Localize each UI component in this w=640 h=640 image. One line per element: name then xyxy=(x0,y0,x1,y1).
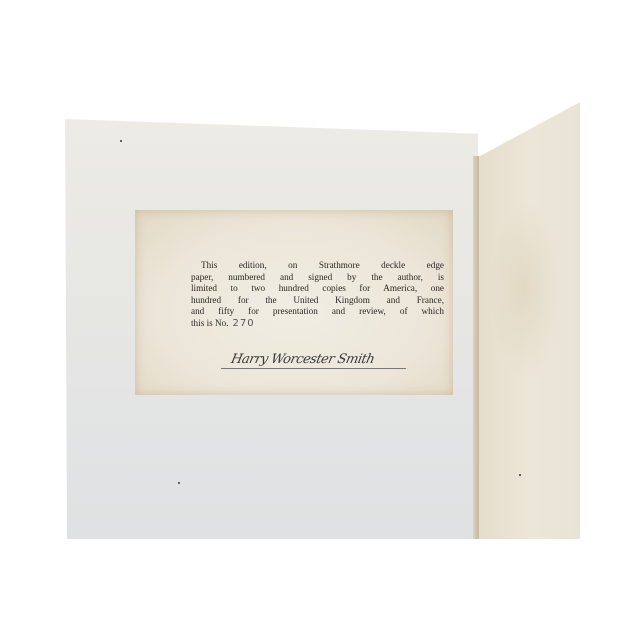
open-book: This edition, on Strathmore deckle edge … xyxy=(0,0,640,640)
notice-line: paper, numbered and signed by the author… xyxy=(191,272,444,284)
notice-line: this is No.270 xyxy=(191,318,444,330)
limited-edition-notice: This edition, on Strathmore deckle edge … xyxy=(191,260,444,330)
handwritten-edition-number: 270 xyxy=(233,318,255,329)
notice-line: hundred for the United Kingdom and Franc… xyxy=(191,295,444,307)
page-gutter-edge xyxy=(473,156,479,539)
notice-line: limited to two hundred copies for Americ… xyxy=(191,283,444,295)
paper-speck xyxy=(519,474,521,476)
paper-speck xyxy=(178,482,180,484)
notice-line-text: this is No. xyxy=(191,318,229,328)
author-signature: Harry Worcester Smith xyxy=(227,352,433,378)
notice-line: and fifty for presentation and review, o… xyxy=(191,306,444,318)
page-stain xyxy=(490,200,560,380)
paper-speck xyxy=(120,140,122,142)
notice-line: This edition, on Strathmore deckle edge xyxy=(191,260,444,272)
